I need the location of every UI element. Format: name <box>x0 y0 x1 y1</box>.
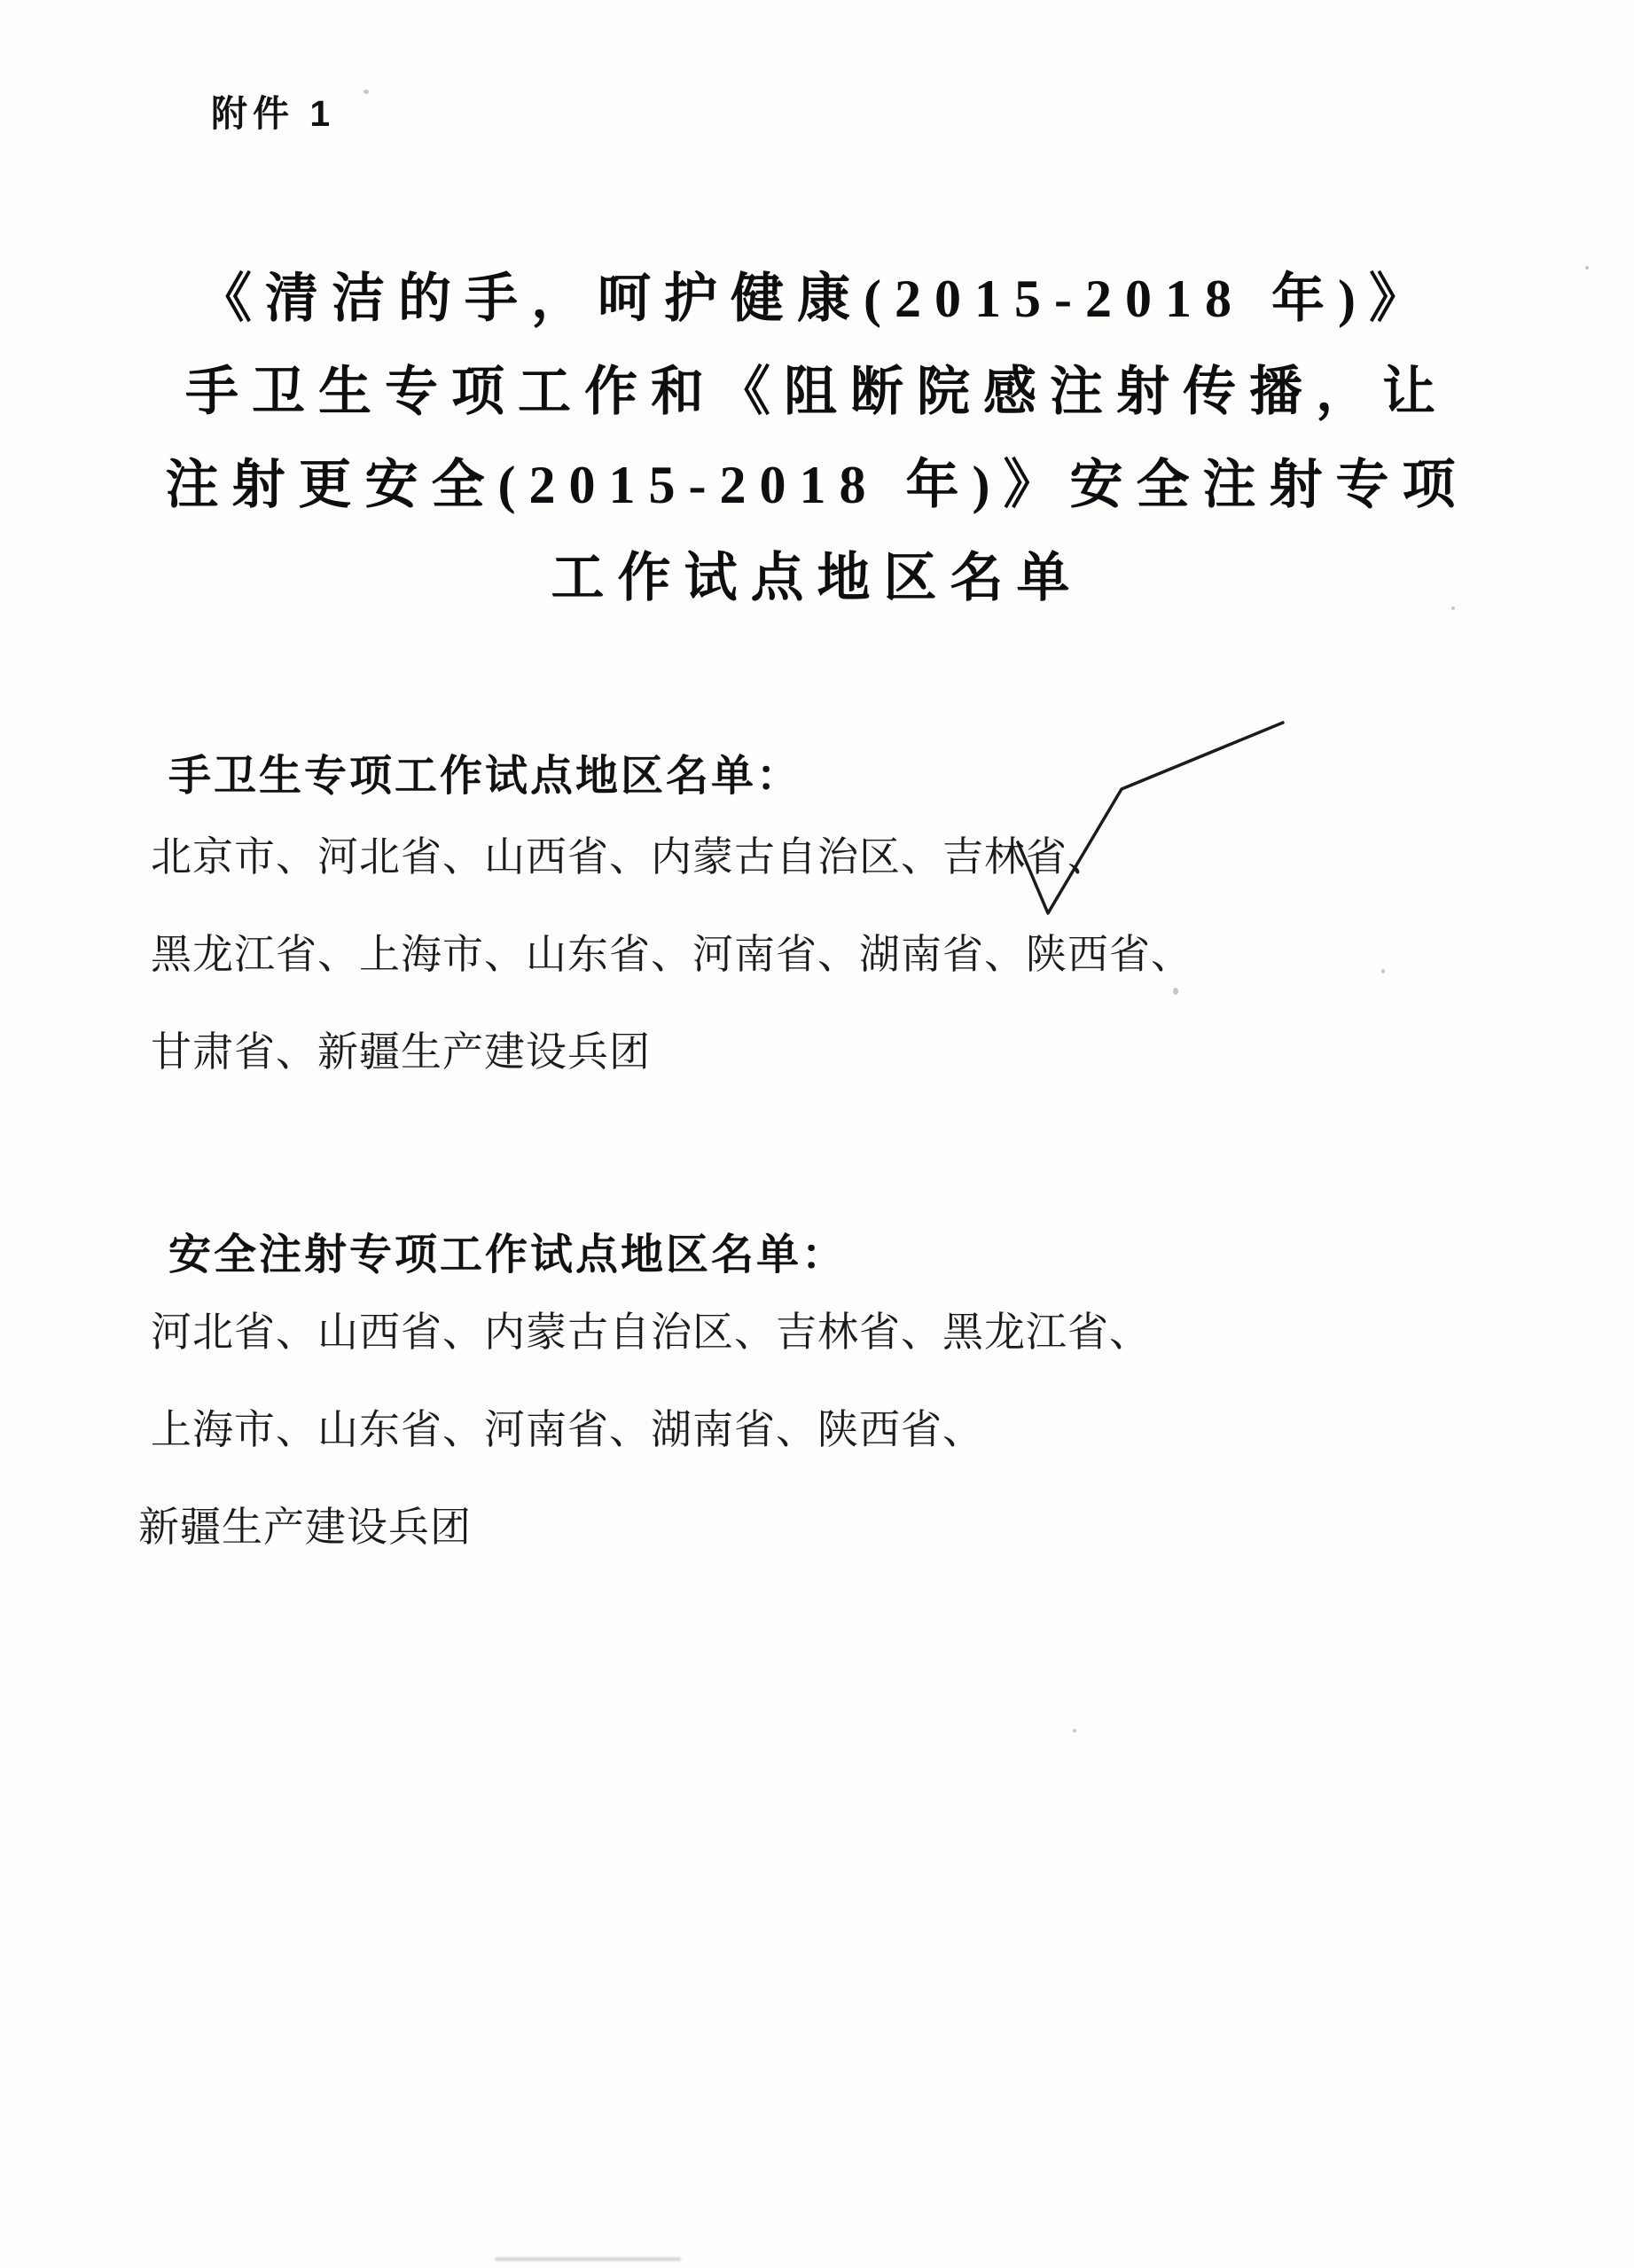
region-list-line: 北京市、河北省、山西省、内蒙古自治区、吉林省、 <box>151 809 1528 906</box>
region-list-line: 甘肃省、新疆生产建设兵团 <box>151 1004 1528 1101</box>
region-list-line: 黑龙江省、上海市、山东省、河南省、湖南省、陕西省、 <box>151 906 1528 1004</box>
region-list-line: 新疆生产建设兵团 <box>138 1479 1528 1576</box>
title-line-4: 工作试点地区名单 <box>80 532 1554 625</box>
title-line-1: 《清洁的手，呵护健康(2015-2018 年)》 <box>80 253 1554 346</box>
scan-speck <box>1585 266 1589 270</box>
title-line-2: 手卫生专项工作和《阻断院感注射传播，让 <box>80 346 1554 439</box>
hand-hygiene-section-heading: 手卫生专项工作试点地区名单： <box>168 741 801 802</box>
safe-injection-region-list: 河北省、山西省、内蒙古自治区、吉林省、黑龙江省、 上海市、山东省、河南省、湖南省… <box>151 1284 1528 1576</box>
document-title: 《清洁的手，呵护健康(2015-2018 年)》 手卫生专项工作和《阻断院感注射… <box>80 253 1554 625</box>
scan-speck <box>1381 969 1385 974</box>
scan-speck <box>1451 606 1455 610</box>
title-line-3: 注射更安全(2015-2018 年)》安全注射专项 <box>80 439 1554 532</box>
region-list-line: 河北省、山西省、内蒙古自治区、吉林省、黑龙江省、 <box>151 1284 1528 1381</box>
scan-smudge <box>495 2257 681 2261</box>
scan-speck <box>1073 1729 1076 1732</box>
hand-hygiene-region-list: 北京市、河北省、山西省、内蒙古自治区、吉林省、 黑龙江省、上海市、山东省、河南省… <box>151 809 1528 1101</box>
scan-speck <box>364 90 369 94</box>
attachment-label: 附件 1 <box>211 84 335 137</box>
scan-speck <box>1173 988 1178 995</box>
region-list-line: 上海市、山东省、河南省、湖南省、陕西省、 <box>151 1381 1528 1479</box>
safe-injection-section-heading: 安全注射专项工作试点地区名单： <box>168 1220 847 1281</box>
scanned-document-page: 附件 1 《清洁的手，呵护健康(2015-2018 年)》 手卫生专项工作和《阻… <box>0 0 1634 2268</box>
